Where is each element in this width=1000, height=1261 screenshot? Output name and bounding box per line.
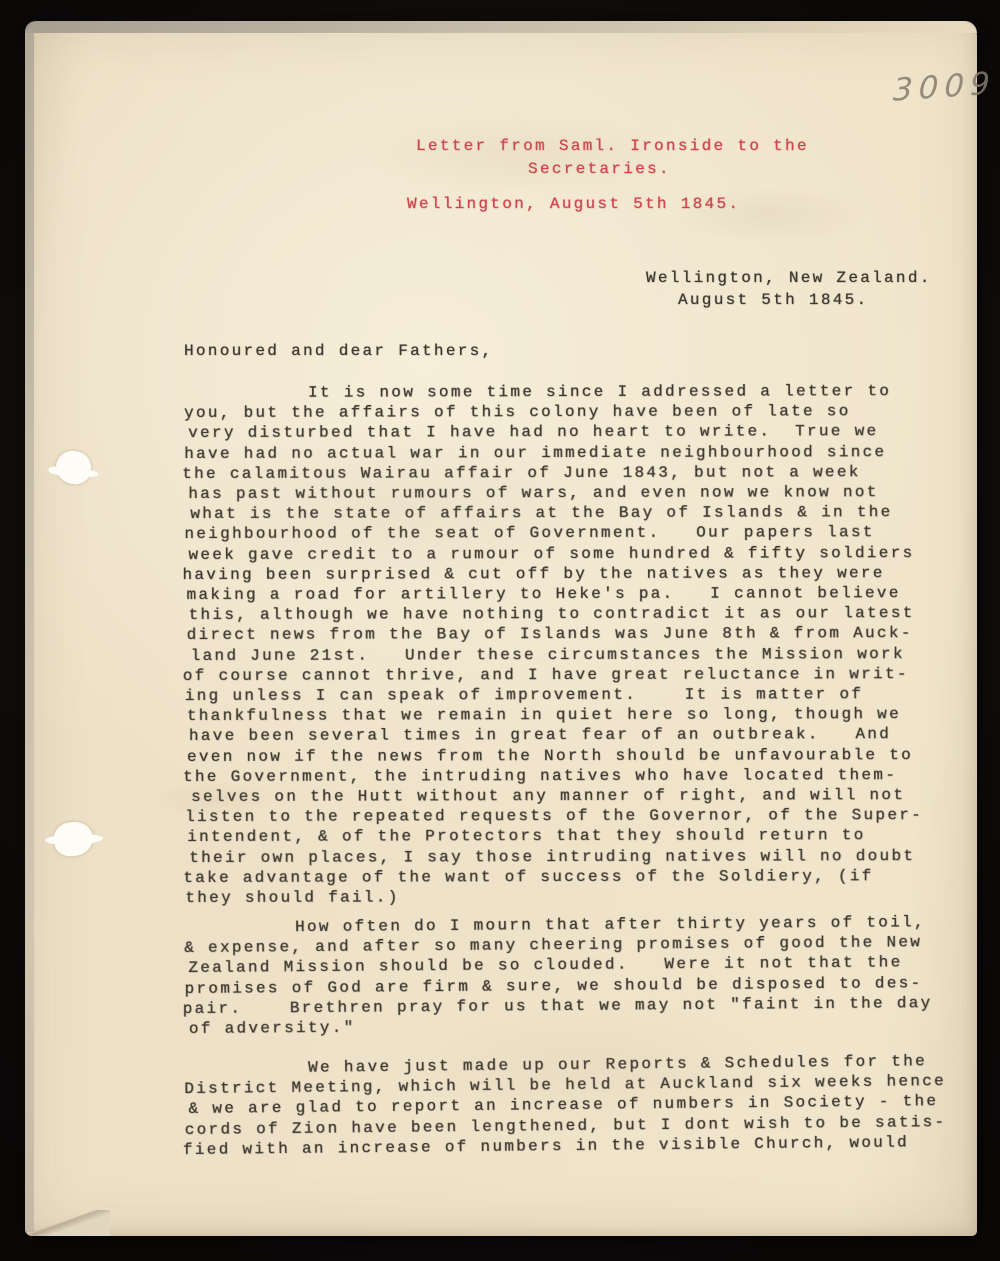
paper-corner-fold: [28, 1210, 110, 1236]
typed-line: ing unless I can speak of improvement. I…: [185, 684, 947, 706]
typed-line: making a road for artillery to Heke's pa…: [187, 583, 947, 605]
typed-line: what is the state of affairs at the Bay …: [190, 502, 946, 524]
handwritten-archive-number: 3009: [892, 65, 996, 108]
typed-line: week gave credit to a rumour of some hun…: [188, 543, 946, 565]
typed-line: neighbourhood of the seat of Government.…: [184, 522, 946, 544]
dateline-date: August 5th 1845.: [678, 291, 868, 309]
typed-line: their own places, I say those intruding …: [189, 846, 947, 868]
typed-line: has past without rumours of wars, and ev…: [188, 482, 946, 504]
typed-line: you, but the affairs of this colony have…: [184, 401, 946, 423]
typed-line: selves on the Hutt without any manner of…: [191, 785, 947, 807]
typed-line: having been surprised & cut off by the n…: [182, 563, 946, 585]
header-title-line2: Secretaries.: [528, 160, 671, 178]
typed-line: It is now some time since I addressed a …: [186, 381, 946, 403]
typed-line: of adversity.": [189, 1013, 947, 1039]
typed-line: very disturbed that I have had no heart …: [188, 421, 946, 443]
typed-line: have been several times in great fear of…: [189, 724, 947, 746]
letter-page: 3009 Letter from Saml. Ironside to the S…: [25, 21, 977, 1236]
typed-line: listen to the repeated requests of the G…: [185, 805, 947, 827]
typed-line: of course cannot thrive, and I have grea…: [183, 664, 947, 686]
typed-line: direct news from the Bay of Islands was …: [187, 623, 947, 645]
salutation: Honoured and dear Fathers,: [184, 342, 493, 360]
typed-line: take advantage of the want of success of…: [183, 866, 947, 888]
paragraph-1: It is now some time since I addressed a …: [186, 381, 947, 908]
typed-line: intendent, & of the Protectors that they…: [187, 825, 947, 847]
letter-scan-photo: 3009 Letter from Saml. Ironside to the S…: [0, 0, 1000, 1261]
typed-line: this, although we have nothing to contra…: [189, 603, 947, 625]
letter-body: It is now some time since I addressed a …: [186, 383, 946, 1160]
typed-line: even now if the news from the North shou…: [187, 745, 947, 767]
paragraph-3: We have just made up our Reports & Sched…: [186, 1051, 947, 1160]
typed-line: the calamitous Wairau affair of June 184…: [182, 462, 946, 484]
header-title-line1: Letter from Saml. Ironside to the: [416, 137, 809, 155]
typed-line: land June 21st. Under these circumstance…: [191, 644, 947, 666]
typed-line: they should fail.): [185, 886, 947, 908]
punch-hole-bottom: [53, 820, 95, 857]
punch-hole-top: [54, 449, 93, 487]
typed-line: the Government, the intruding natives wh…: [183, 765, 947, 787]
paragraph-2: How often do I mourn that after thirty y…: [186, 912, 947, 1039]
typed-line: have had no actual war in our immediate …: [184, 442, 946, 464]
paper-top-edge: [25, 21, 977, 33]
header-date-line: Wellington, August 5th 1845.: [407, 195, 740, 213]
dateline-place: Wellington, New Zealand.: [646, 269, 932, 287]
typed-line: thankfulness that we remain in quiet her…: [187, 704, 947, 726]
paper-left-edge: [25, 27, 34, 1232]
